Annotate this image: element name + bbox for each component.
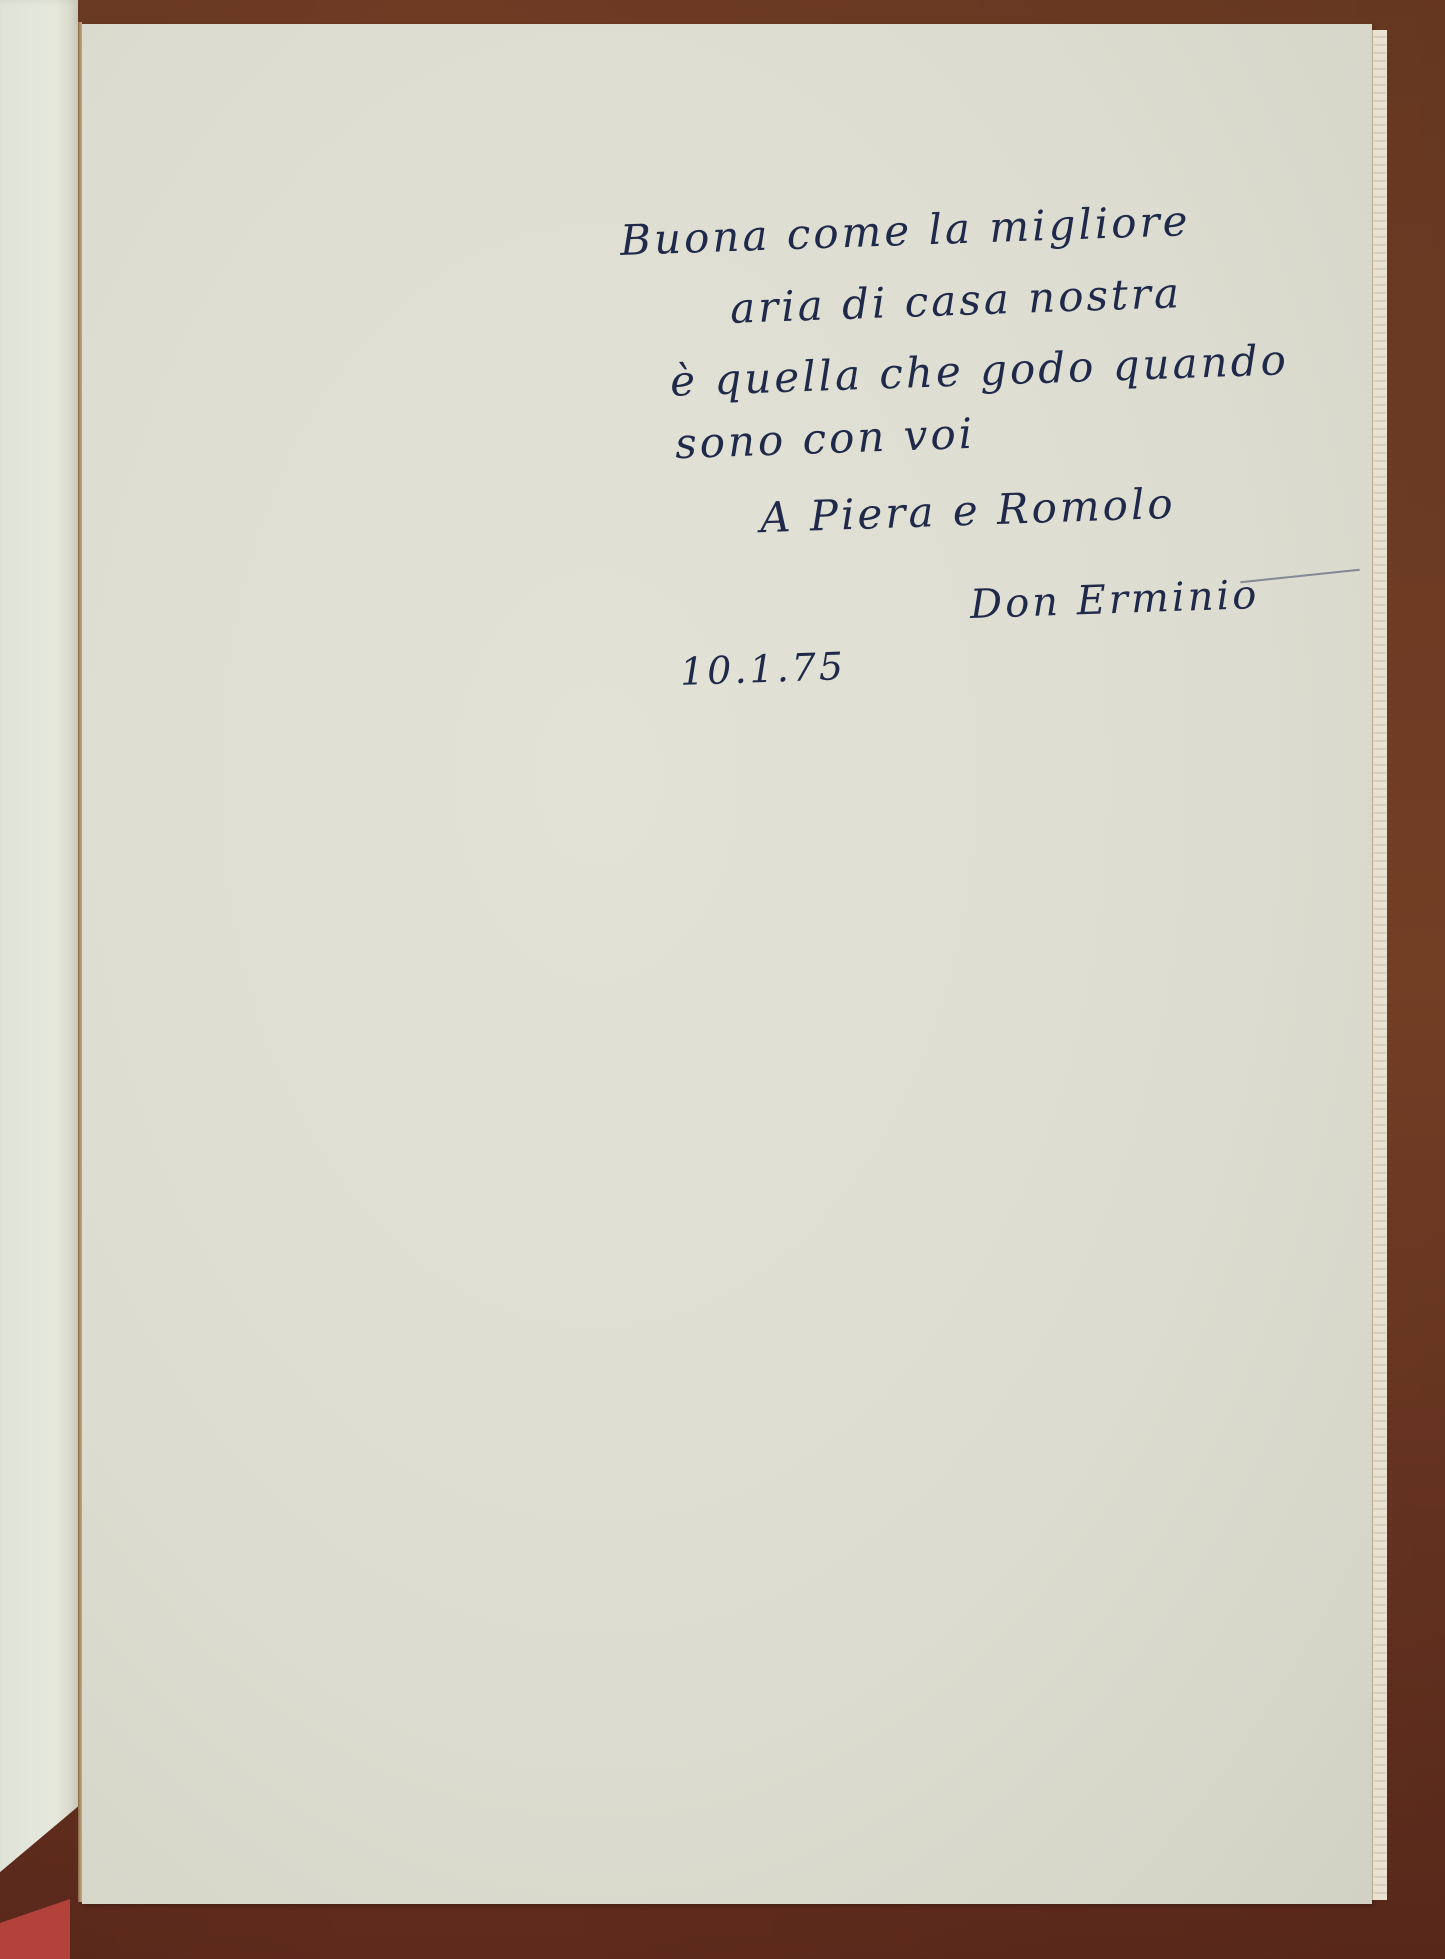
inscription-date: 10.1.75 [679,647,846,691]
page-edges [1372,30,1387,1900]
left-page [0,0,78,1930]
photo-scene: Buona come la migliore aria di casa nost… [0,0,1445,1959]
inscription-line: sono con voi [674,413,975,465]
signature: Don Erminio [969,575,1260,625]
